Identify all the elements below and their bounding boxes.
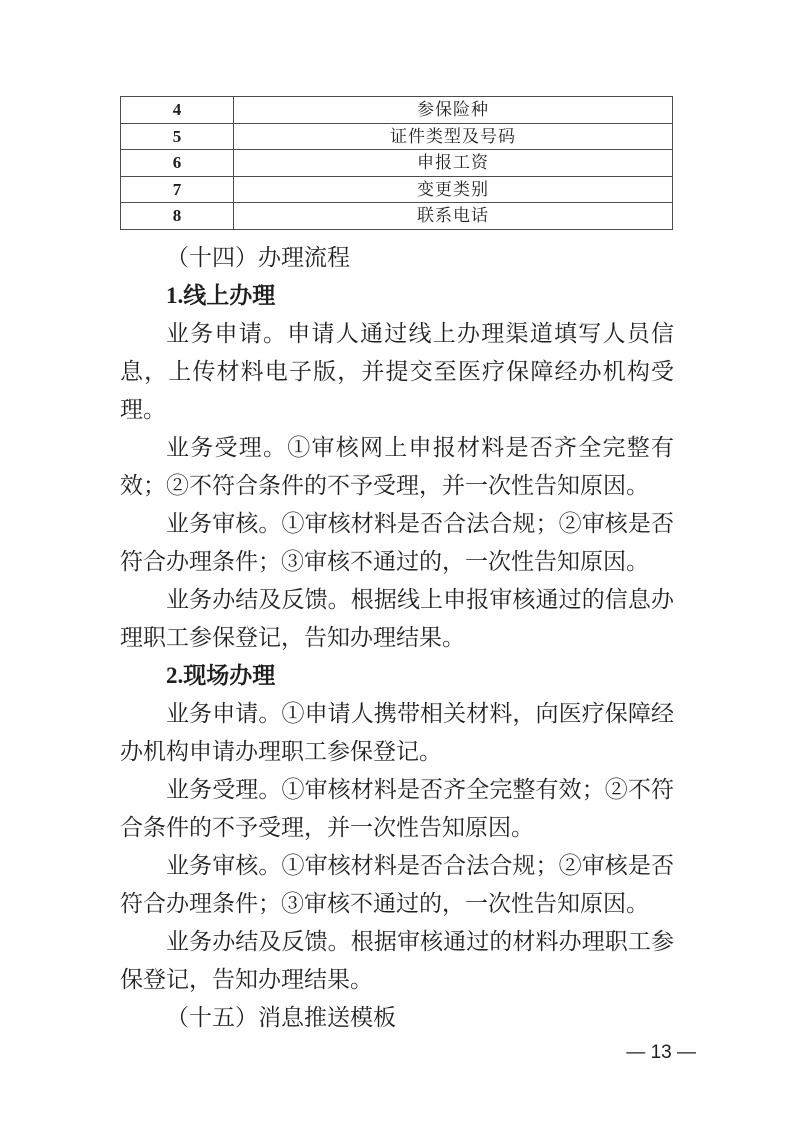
- paragraph-online-apply: 业务申请。申请人通过线上办理渠道填写人员信息，上传材料电子版，并提交至医疗保障经…: [120, 315, 674, 429]
- table-cell-label: 申报工资: [234, 150, 673, 177]
- table-cell-label: 变更类别: [234, 176, 673, 203]
- document-page: 4 参保险种 5 证件类型及号码 6 申报工资 7 变更类别 8 联系电话 （十…: [0, 0, 793, 1122]
- table-cell-index: 4: [121, 97, 234, 124]
- table-row: 5 证件类型及号码: [121, 123, 673, 150]
- page-number: — 13 —: [626, 1042, 696, 1064]
- paragraph-online-review: 业务审核。①审核材料是否合法合规；②审核是否符合办理条件；③审核不通过的，一次性…: [120, 505, 674, 581]
- table-row: 8 联系电话: [121, 203, 673, 230]
- table-row: 7 变更类别: [121, 176, 673, 203]
- form-fields-table: 4 参保险种 5 证件类型及号码 6 申报工资 7 变更类别 8 联系电话: [120, 96, 673, 230]
- table-cell-label: 证件类型及号码: [234, 123, 673, 150]
- table-cell-index: 7: [121, 176, 234, 203]
- paragraph-onsite-accept: 业务受理。①审核材料是否齐全完整有效；②不符合条件的不予受理，并一次性告知原因。: [120, 771, 674, 847]
- paragraph-online-finish: 业务办结及反馈。根据线上申报审核通过的信息办理职工参保登记，告知办理结果。: [120, 581, 674, 657]
- subheading-online: 1.线上办理: [120, 277, 674, 315]
- table-row: 4 参保险种: [121, 97, 673, 124]
- table-cell-label: 参保险种: [234, 97, 673, 124]
- table-cell-label: 联系电话: [234, 203, 673, 230]
- document-body: （十四）办理流程 1.线上办理 业务申请。申请人通过线上办理渠道填写人员信息，上…: [120, 239, 674, 1037]
- section-heading-15: （十五）消息推送模板: [120, 999, 674, 1037]
- section-heading-14: （十四）办理流程: [120, 239, 674, 277]
- paragraph-onsite-apply: 业务申请。①申请人携带相关材料，向医疗保障经办机构申请办理职工参保登记。: [120, 695, 674, 771]
- paragraph-onsite-finish: 业务办结及反馈。根据审核通过的材料办理职工参保登记，告知办理结果。: [120, 923, 674, 999]
- paragraph-onsite-review: 业务审核。①审核材料是否合法合规；②审核是否符合办理条件；③审核不通过的，一次性…: [120, 847, 674, 923]
- paragraph-online-accept: 业务受理。①审核网上申报材料是否齐全完整有效；②不符合条件的不予受理，并一次性告…: [120, 429, 674, 505]
- table-row: 6 申报工资: [121, 150, 673, 177]
- table-cell-index: 8: [121, 203, 234, 230]
- subheading-onsite: 2.现场办理: [120, 657, 674, 695]
- table-cell-index: 5: [121, 123, 234, 150]
- table-cell-index: 6: [121, 150, 234, 177]
- form-fields-table-body: 4 参保险种 5 证件类型及号码 6 申报工资 7 变更类别 8 联系电话: [121, 97, 673, 230]
